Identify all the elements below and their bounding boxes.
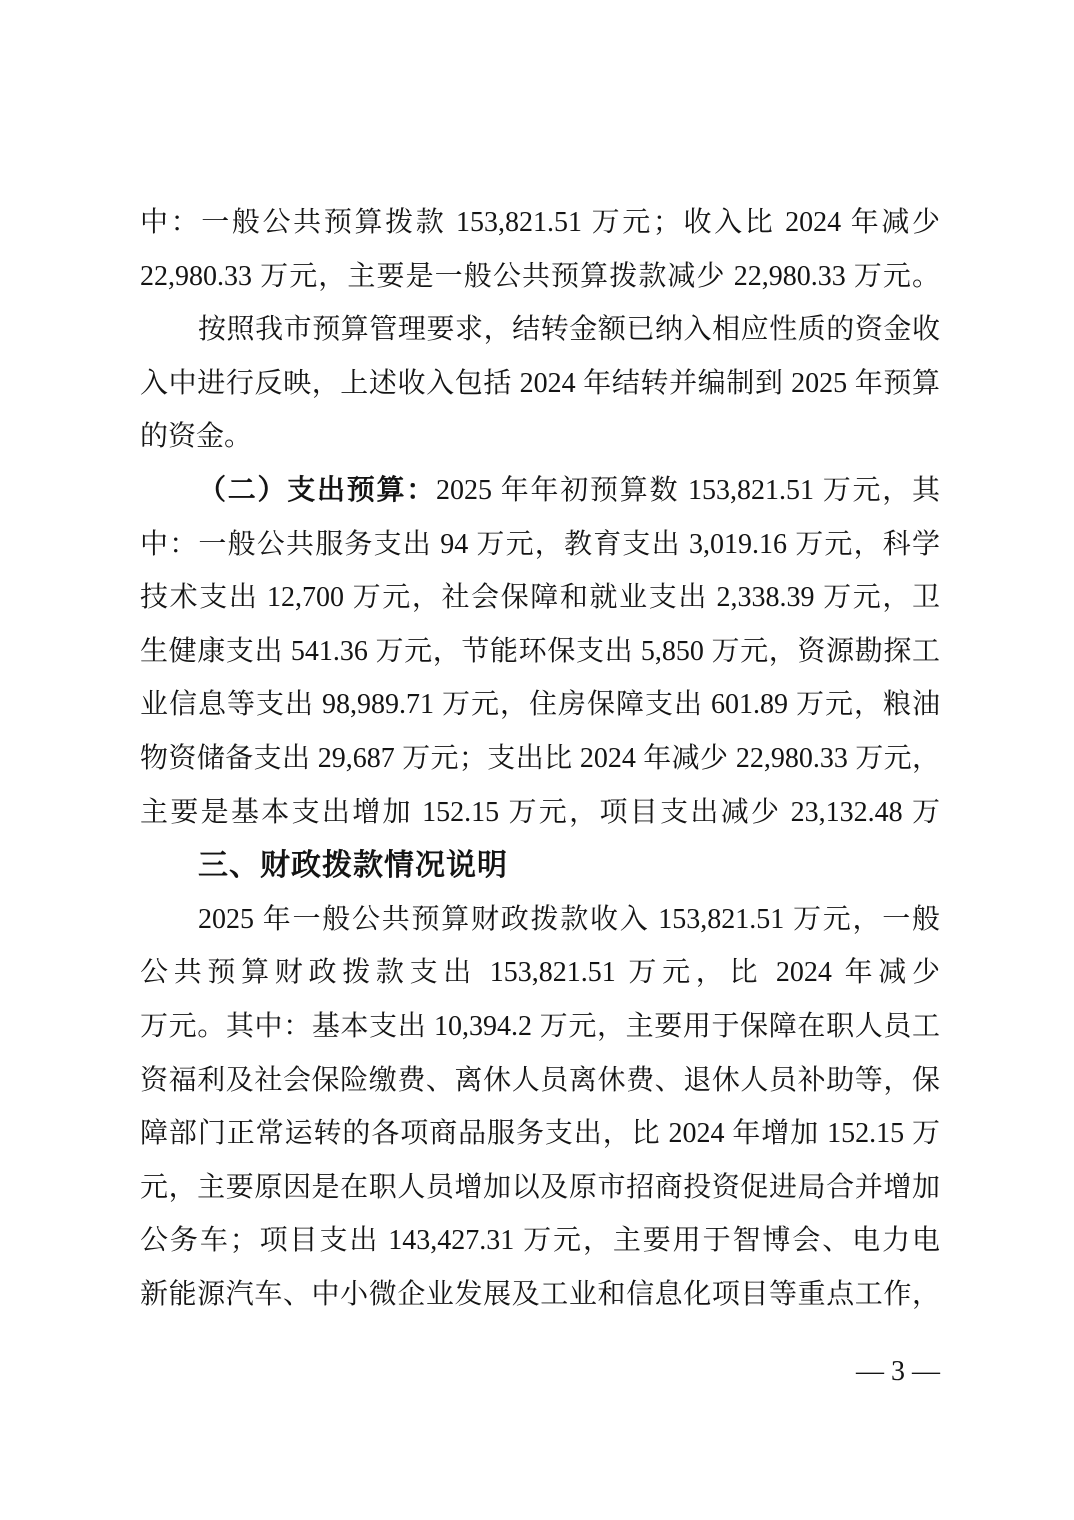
body-text: 22,980.33 万元，主要是一般公共预算拨款减少 22,980.33 万元。 bbox=[140, 261, 940, 292]
body-text: 万元。其中：基本支出 10,394.2 万元，主要用于保障在职人员工 bbox=[140, 1011, 940, 1042]
text-line: 障部门正常运转的各项商品服务支出，比 2024 年增加 152.15 万 bbox=[140, 1107, 940, 1161]
text-line: 万元。其中：基本支出 10,394.2 万元，主要用于保障在职人员工 bbox=[140, 1000, 940, 1054]
body-text: 的资金。 bbox=[140, 421, 252, 452]
page-number: — 3 — bbox=[856, 1352, 940, 1392]
body-text: 技术支出 12,700 万元，社会保障和就业支出 2,338.39 万元，卫 bbox=[140, 582, 940, 613]
text-line: 中：一般公共服务支出 94 万元，教育支出 3,019.16 万元，科学 bbox=[140, 518, 940, 572]
document-body: 中：一般公共预算拨款 153,821.51 万元；收入比 2024 年减少22,… bbox=[140, 196, 940, 1321]
body-text: 障部门正常运转的各项商品服务支出，比 2024 年增加 152.15 万 bbox=[140, 1118, 940, 1149]
text-line: 主要是基本支出增加 152.15 万元，项目支出减少 23,132.48 万元。 bbox=[140, 786, 940, 840]
body-text: 入中进行反映，上述收入包括 2024 年结转并编制到 2025 年预算 bbox=[140, 368, 940, 399]
text-line: 元，主要原因是在职人员增加以及原市招商投资促进局合并增加 bbox=[140, 1161, 940, 1215]
body-text: 按照我市预算管理要求，结转金额已纳入相应性质的资金收 bbox=[198, 314, 940, 345]
text-line: 按照我市预算管理要求，结转金额已纳入相应性质的资金收 bbox=[140, 303, 940, 357]
body-text: 公共预算财政拨款支出 153,821.51 万元，比 2024 年减少 22,9… bbox=[140, 957, 940, 1000]
section-heading: 三、财政拨款情况说明 bbox=[140, 839, 940, 893]
text-line: 公共预算财政拨款支出 153,821.51 万元，比 2024 年减少 22,9… bbox=[140, 946, 940, 1000]
emphasis-text: （二）支出预算： bbox=[198, 475, 436, 506]
text-line: 中：一般公共预算拨款 153,821.51 万元；收入比 2024 年减少 bbox=[140, 196, 940, 250]
body-text: 中：一般公共预算拨款 153,821.51 万元；收入比 2024 年减少 bbox=[140, 207, 940, 238]
text-line: 资福利及社会保险缴费、离休人员离休费、退休人员补助等，保 bbox=[140, 1054, 940, 1108]
body-text: 生健康支出 541.36 万元，节能环保支出 5,850 万元，资源勘探工 bbox=[140, 636, 940, 667]
text-line: 技术支出 12,700 万元，社会保障和就业支出 2,338.39 万元，卫 bbox=[140, 571, 940, 625]
text-line: 22,980.33 万元，主要是一般公共预算拨款减少 22,980.33 万元。 bbox=[140, 250, 940, 304]
text-line: （二）支出预算：2025 年年初预算数 153,821.51 万元，其 bbox=[140, 464, 940, 518]
text-line: 的资金。 bbox=[140, 410, 940, 464]
body-text: 2025 年年初预算数 153,821.51 万元，其 bbox=[436, 475, 940, 506]
text-line: 入中进行反映，上述收入包括 2024 年结转并编制到 2025 年预算 bbox=[140, 357, 940, 411]
body-text: 物资储备支出 29,687 万元；支出比 2024 年减少 22,980.33 … bbox=[140, 743, 940, 774]
body-text: 中：一般公共服务支出 94 万元，教育支出 3,019.16 万元，科学 bbox=[140, 529, 940, 560]
body-text: 2025 年一般公共预算财政拨款收入 153,821.51 万元，一般 bbox=[198, 904, 940, 935]
document-page: 中：一般公共预算拨款 153,821.51 万元；收入比 2024 年减少22,… bbox=[0, 0, 1074, 1520]
text-line: 公务车；项目支出 143,427.31 万元，主要用于智博会、电力电煤、 bbox=[140, 1214, 940, 1268]
text-line: 2025 年一般公共预算财政拨款收入 153,821.51 万元，一般 bbox=[140, 893, 940, 947]
text-line: 业信息等支出 98,989.71 万元，住房保障支出 601.89 万元，粮油 bbox=[140, 678, 940, 732]
body-text: 公务车；项目支出 143,427.31 万元，主要用于智博会、电力电煤、 bbox=[140, 1225, 940, 1268]
heading-text: 三、财政拨款情况说明 bbox=[198, 849, 508, 882]
body-text: 元，主要原因是在职人员增加以及原市招商投资促进局合并增加 bbox=[140, 1172, 940, 1203]
text-line: 生健康支出 541.36 万元，节能环保支出 5,850 万元，资源勘探工 bbox=[140, 625, 940, 679]
text-line: 物资储备支出 29,687 万元；支出比 2024 年减少 22,980.33 … bbox=[140, 732, 940, 786]
body-text: 业信息等支出 98,989.71 万元，住房保障支出 601.89 万元，粮油 bbox=[140, 689, 940, 720]
body-text: 主要是基本支出增加 152.15 万元，项目支出减少 23,132.48 万元。 bbox=[140, 797, 940, 840]
text-line: 新能源汽车、中小微企业发展及工业和信息化项目等重点工作， bbox=[140, 1268, 940, 1322]
body-text: 资福利及社会保险缴费、离休人员离休费、退休人员补助等，保 bbox=[140, 1065, 940, 1096]
body-text: 新能源汽车、中小微企业发展及工业和信息化项目等重点工作， bbox=[140, 1279, 940, 1310]
